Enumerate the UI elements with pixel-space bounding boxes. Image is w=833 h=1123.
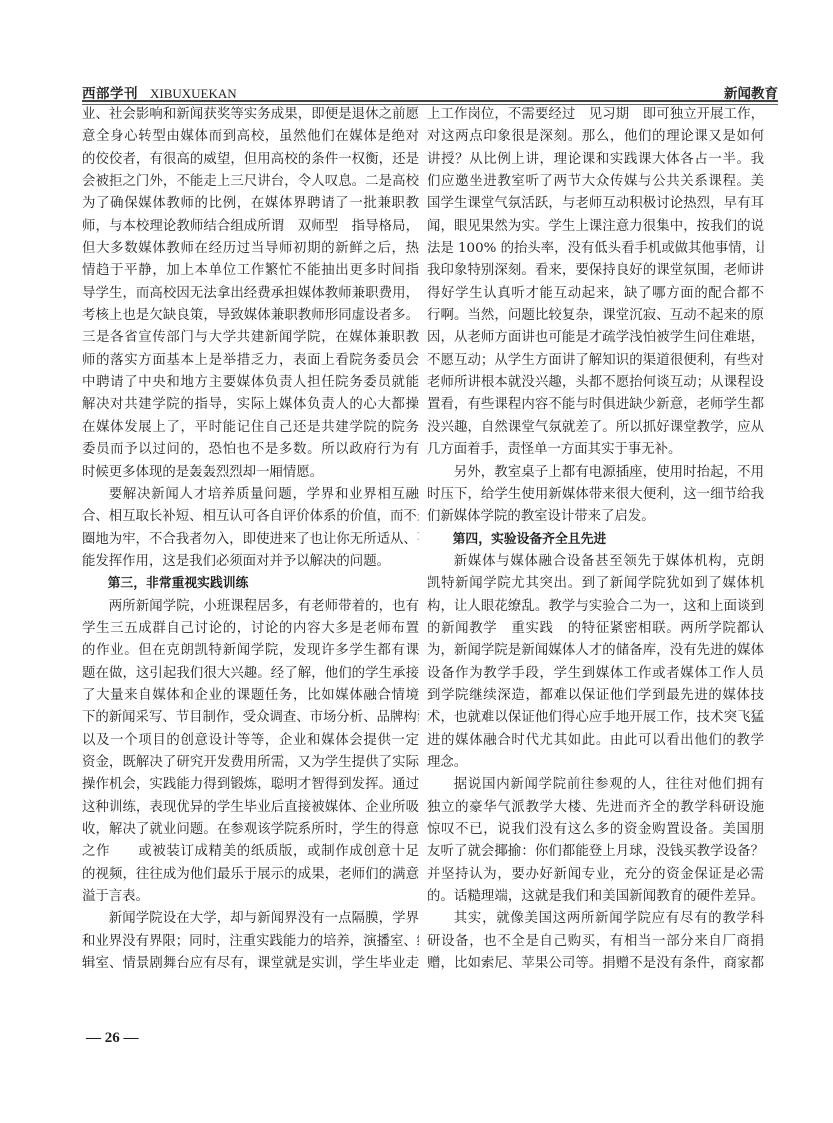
text-line: 没兴趣，自然课堂气氛就差了。所以抓好课堂教学，应从 (427, 417, 764, 439)
text-line: 的佼佼者，有很高的威望，但用高校的条件一权衡，还是 (82, 149, 419, 171)
text-line: 但大多数媒体教师在经历过当导师初期的新鲜之后，热 (82, 238, 419, 260)
text-line: 理念。 (427, 752, 764, 774)
text-line: 情趋于平静，加上本单位工作繁忙不能抽出更多时间指 (82, 260, 419, 282)
text-line: 我印象特别深刻。看来，要保持良好的课堂氛围，老师讲 (427, 260, 764, 282)
paragraph: 新闻学院设在大学，却与新闻界没有一点隔膜，学界和业界没有界限；同时，注重实践能力… (82, 908, 419, 975)
text-line: 委员而予以过问的，恐怕也不是多数。所以政府行为有 (82, 439, 419, 461)
paragraph: 两所新闻学院，小班课程居多，有老师带着的，也有学生三五成群自己讨论的，讨论的内容… (82, 596, 419, 909)
text-line: 时候更多体现的是轰轰烈烈却一厢情愿。 (82, 462, 419, 484)
text-line: 这种训练，表现优异的学生毕业后直接被媒体、企业所吸 (82, 797, 419, 819)
text-line: 解决对共建学院的指导，实际上媒体负责人的心大都操 (82, 394, 419, 416)
text-line: 凯特新闻学院尤其突出。到了新闻学院犹如到了媒体机 (427, 573, 764, 595)
text-line: 其实，就像美国这两所新闻学院应有尽有的教学科 (427, 908, 764, 930)
text-line: 和业界没有界限；同时，注重实践能力的培养，演播室、编 (82, 931, 419, 953)
text-line: 的。话糙理端，这就是我们和美国新闻教育的硬件差异。 (427, 886, 764, 908)
text-line: 资金，既解决了研究开发费用所需，又为学生提供了实际 (82, 752, 419, 774)
text-line: 术，也就难以保证他们得心应手地开展工作，技术突飞猛 (427, 707, 764, 729)
text-line: 新媒体与媒体融合设备甚至领先于媒体机构，克朗 (427, 551, 764, 573)
text-line: 并坚持认为，要办好新闻专业，充分的资金保证是必需 (427, 864, 764, 886)
text-line: 三是各省宣传部门与大学共建新闻学院，在媒体兼职教 (82, 327, 419, 349)
text-line: 之作 或被装订成精美的纸质版，或制作成创意十足 (82, 841, 419, 863)
text-line: 研设备，也不全是自己购买，有相当一部分来自厂商捐 (427, 931, 764, 953)
journal-title: 西部学刊XIBUXUEKAN (82, 82, 237, 102)
text-line: 了大量来自媒体和企业的课题任务，比如媒体融合情境 (82, 685, 419, 707)
paragraph: 其实，就像美国这两所新闻学院应有尽有的教学科研设备，也不全是自己购买，有相当一部… (427, 908, 764, 975)
text-line: 行啊。当然，问题比较复杂，课堂沉寂、互动不起来的原 (427, 305, 764, 327)
text-line: 们应邀坐进教室听了两节大众传媒与公共关系课程。美 (427, 171, 764, 193)
paragraph-continued: 业、社会影响和新闻获奖等实务成果，即便是退休之前愿意全身心转型由媒体而到高校，虽… (82, 104, 419, 484)
text-line: 以及一个项目的创意设计等等，企业和媒体会提供一定 (82, 730, 419, 752)
text-line: 要解决新闻人才培养质量问题，学界和业界相互融 (82, 484, 419, 506)
text-line: 收，解决了就业问题。在参观该学院系所时，学生的得意 (82, 819, 419, 841)
text-line: 讲授？从比例上讲，理论课和实践课大体各占一半。我 (427, 149, 764, 171)
text-line: 据说国内新闻学院前往参观的人，往往对他们拥有 (427, 774, 764, 796)
text-line: 闻，眼见果然为实。学生上课注意力很集中，按我们的说 (427, 216, 764, 238)
text-line: 几方面着手，责怪单一方面其实于事无补。 (427, 439, 764, 461)
left-column: 业、社会影响和新闻获奖等实务成果，即便是退休之前愿意全身心转型由媒体而到高校，虽… (82, 104, 419, 975)
header-rule-thick (82, 100, 778, 102)
text-line: 赠，比如索尼、苹果公司等。捐赠不是没有条件，商家都 (427, 953, 764, 975)
page-number: — 26 — (86, 1030, 139, 1047)
text-line: 的新闻教学 重实践 的特征紧密相联。两所学院都认 (427, 618, 764, 640)
text-line: 进的媒体融合时代尤其如此。由此可以看出他们的教学 (427, 730, 764, 752)
text-line: 法是 100% 的抬头率，没有低头看手机或做其他事情，让 (427, 238, 764, 260)
text-line: 师的落实方面基本上是举措乏力，表面上看院务委员会 (82, 350, 419, 372)
text-line: 为，新闻学院是新闻媒体人才的储备库，没有先进的媒体 (427, 640, 764, 662)
text-line: 会被拒之门外，不能走上三尺讲台，令人叹息。二是高校 (82, 171, 419, 193)
text-line: 到学院继续深造，都难以保证他们学到最先进的媒体技 (427, 685, 764, 707)
paragraph: 另外，教室桌子上都有电源插座，使用时抬起，不用时压下，给学生使用新媒体带来很大便… (427, 462, 764, 529)
section-title: 新闻教育 (724, 82, 778, 102)
right-column: 上工作岗位，不需要经过 见习期 即可独立开展工作，对这两点印象很是深刻。那么，他… (427, 104, 764, 975)
journal-name-en: XIBUXUEKAN (150, 86, 237, 101)
text-line: 业、社会影响和新闻获奖等实务成果，即便是退休之前愿 (82, 104, 419, 126)
text-line: 操作机会，实践能力得到锻炼，聪明才智得到发挥。通过 (82, 774, 419, 796)
text-line: 时压下，给学生使用新媒体带来很大便利，这一细节给我 (427, 484, 764, 506)
text-line: 独立的豪华气派教学大楼、先进而齐全的教学科研设施 (427, 797, 764, 819)
text-line: 合、相互取长补短、相互认可各自评价体系的价值，而不是 (82, 506, 419, 528)
text-line: 在媒体发展上了，平时能记住自己还是共建学院的院务 (82, 417, 419, 439)
text-line: 导学生，而高校因无法拿出经费承担媒体教师兼职费用， (82, 283, 419, 305)
text-line: 师，与本校理论教师结合组成所谓 双师型 指导格局， (82, 216, 419, 238)
text-line: 两所新闻学院，小班课程居多，有老师带着的，也有 (82, 596, 419, 618)
text-line: 国学生课堂气氛活跃，与老师互动积极讨论热烈，早有耳 (427, 193, 764, 215)
text-line: 的视频，往往成为他们最乐于展示的成果，老师们的满意 (82, 864, 419, 886)
text-line: 设备作为教学手段，学生到媒体工作或者媒体工作人员 (427, 663, 764, 685)
text-line: 能发挥作用，这是我们必须面对并予以解决的问题。 (82, 551, 419, 573)
text-line: 题在做，这引起我们很大兴趣。经了解，他们的学生承接 (82, 663, 419, 685)
text-line: 老师所讲根本就没兴趣，头都不愿抬何谈互动；从课程设 (427, 372, 764, 394)
paragraph: 据说国内新闻学院前往参观的人，往往对他们拥有独立的豪华气派教学大楼、先进而齐全的… (427, 774, 764, 908)
paragraph: 新媒体与媒体融合设备甚至领先于媒体机构，克朗凯特新闻学院尤其突出。到了新闻学院犹… (427, 551, 764, 774)
text-line: 因，从老师方面讲也可能是才疏学浅怕被学生问住难堪， (427, 327, 764, 349)
text-line: 圈地为牢，不合我者勿入，即使进来了也让你无所适从、不 (82, 529, 419, 551)
text-line: 的作业。但在克朗凯特新闻学院，发现许多学生都有课 (82, 640, 419, 662)
paragraph: 要解决新闻人才培养质量问题，学界和业界相互融合、相互取长补短、相互认可各自评价体… (82, 484, 419, 573)
text-line: 友听了就会揶揄：你们都能登上月球，没钱买教学设备？ (427, 841, 764, 863)
text-line: 上工作岗位，不需要经过 见习期 即可独立开展工作， (427, 104, 764, 126)
text-line: 惊叹不已，说我们没有这么多的资金购置设备。美国朋 (427, 819, 764, 841)
text-line: 意全身心转型由媒体而到高校，虽然他们在媒体是绝对 (82, 126, 419, 148)
text-line: 溢于言表。 (82, 886, 419, 908)
section-heading-4: 第四，实验设备齐全且先进 (427, 529, 764, 551)
text-line: 辑室、情景剧舞台应有尽有，课堂就是实训，学生毕业走 (82, 953, 419, 975)
text-line: 们新媒体学院的教室设计带来了启发。 (427, 506, 764, 528)
text-line: 不愿互动；从学生方面讲了解知识的渠道很便利，有些对 (427, 350, 764, 372)
text-line: 中聘请了中央和地方主要媒体负责人担任院务委员就能 (82, 372, 419, 394)
running-header: 西部学刊XIBUXUEKAN 新闻教育 (82, 80, 778, 102)
text-line: 考核上也是欠缺良策，导致媒体兼职教师形同虚设者多。 (82, 305, 419, 327)
text-line: 学生三五成群自己讨论的，讨论的内容大多是老师布置 (82, 618, 419, 640)
text-line: 构，让人眼花缭乱。教学与实验合二为一，这和上面谈到 (427, 596, 764, 618)
paragraph-continued: 上工作岗位，不需要经过 见习期 即可独立开展工作，对这两点印象很是深刻。那么，他… (427, 104, 764, 462)
text-line: 得好学生认真听才能互动起来，缺了哪方面的配合都不 (427, 283, 764, 305)
text-line: 置看，有些课程内容不能与时俱进缺少新意，老师学生都 (427, 394, 764, 416)
text-line: 新闻学院设在大学，却与新闻界没有一点隔膜，学界 (82, 908, 419, 930)
section-heading-3: 第三，非常重视实践训练 (82, 573, 419, 595)
text-line: 下的新闻采写、节目制作，受众调查、市场分析、品牌构建 (82, 707, 419, 729)
text-line: 对这两点印象很是深刻。那么，他们的理论课又是如何 (427, 126, 764, 148)
text-line: 为了确保媒体教师的比例，在媒体界聘请了一批兼职教 (82, 193, 419, 215)
text-line: 另外，教室桌子上都有电源插座，使用时抬起，不用 (427, 462, 764, 484)
